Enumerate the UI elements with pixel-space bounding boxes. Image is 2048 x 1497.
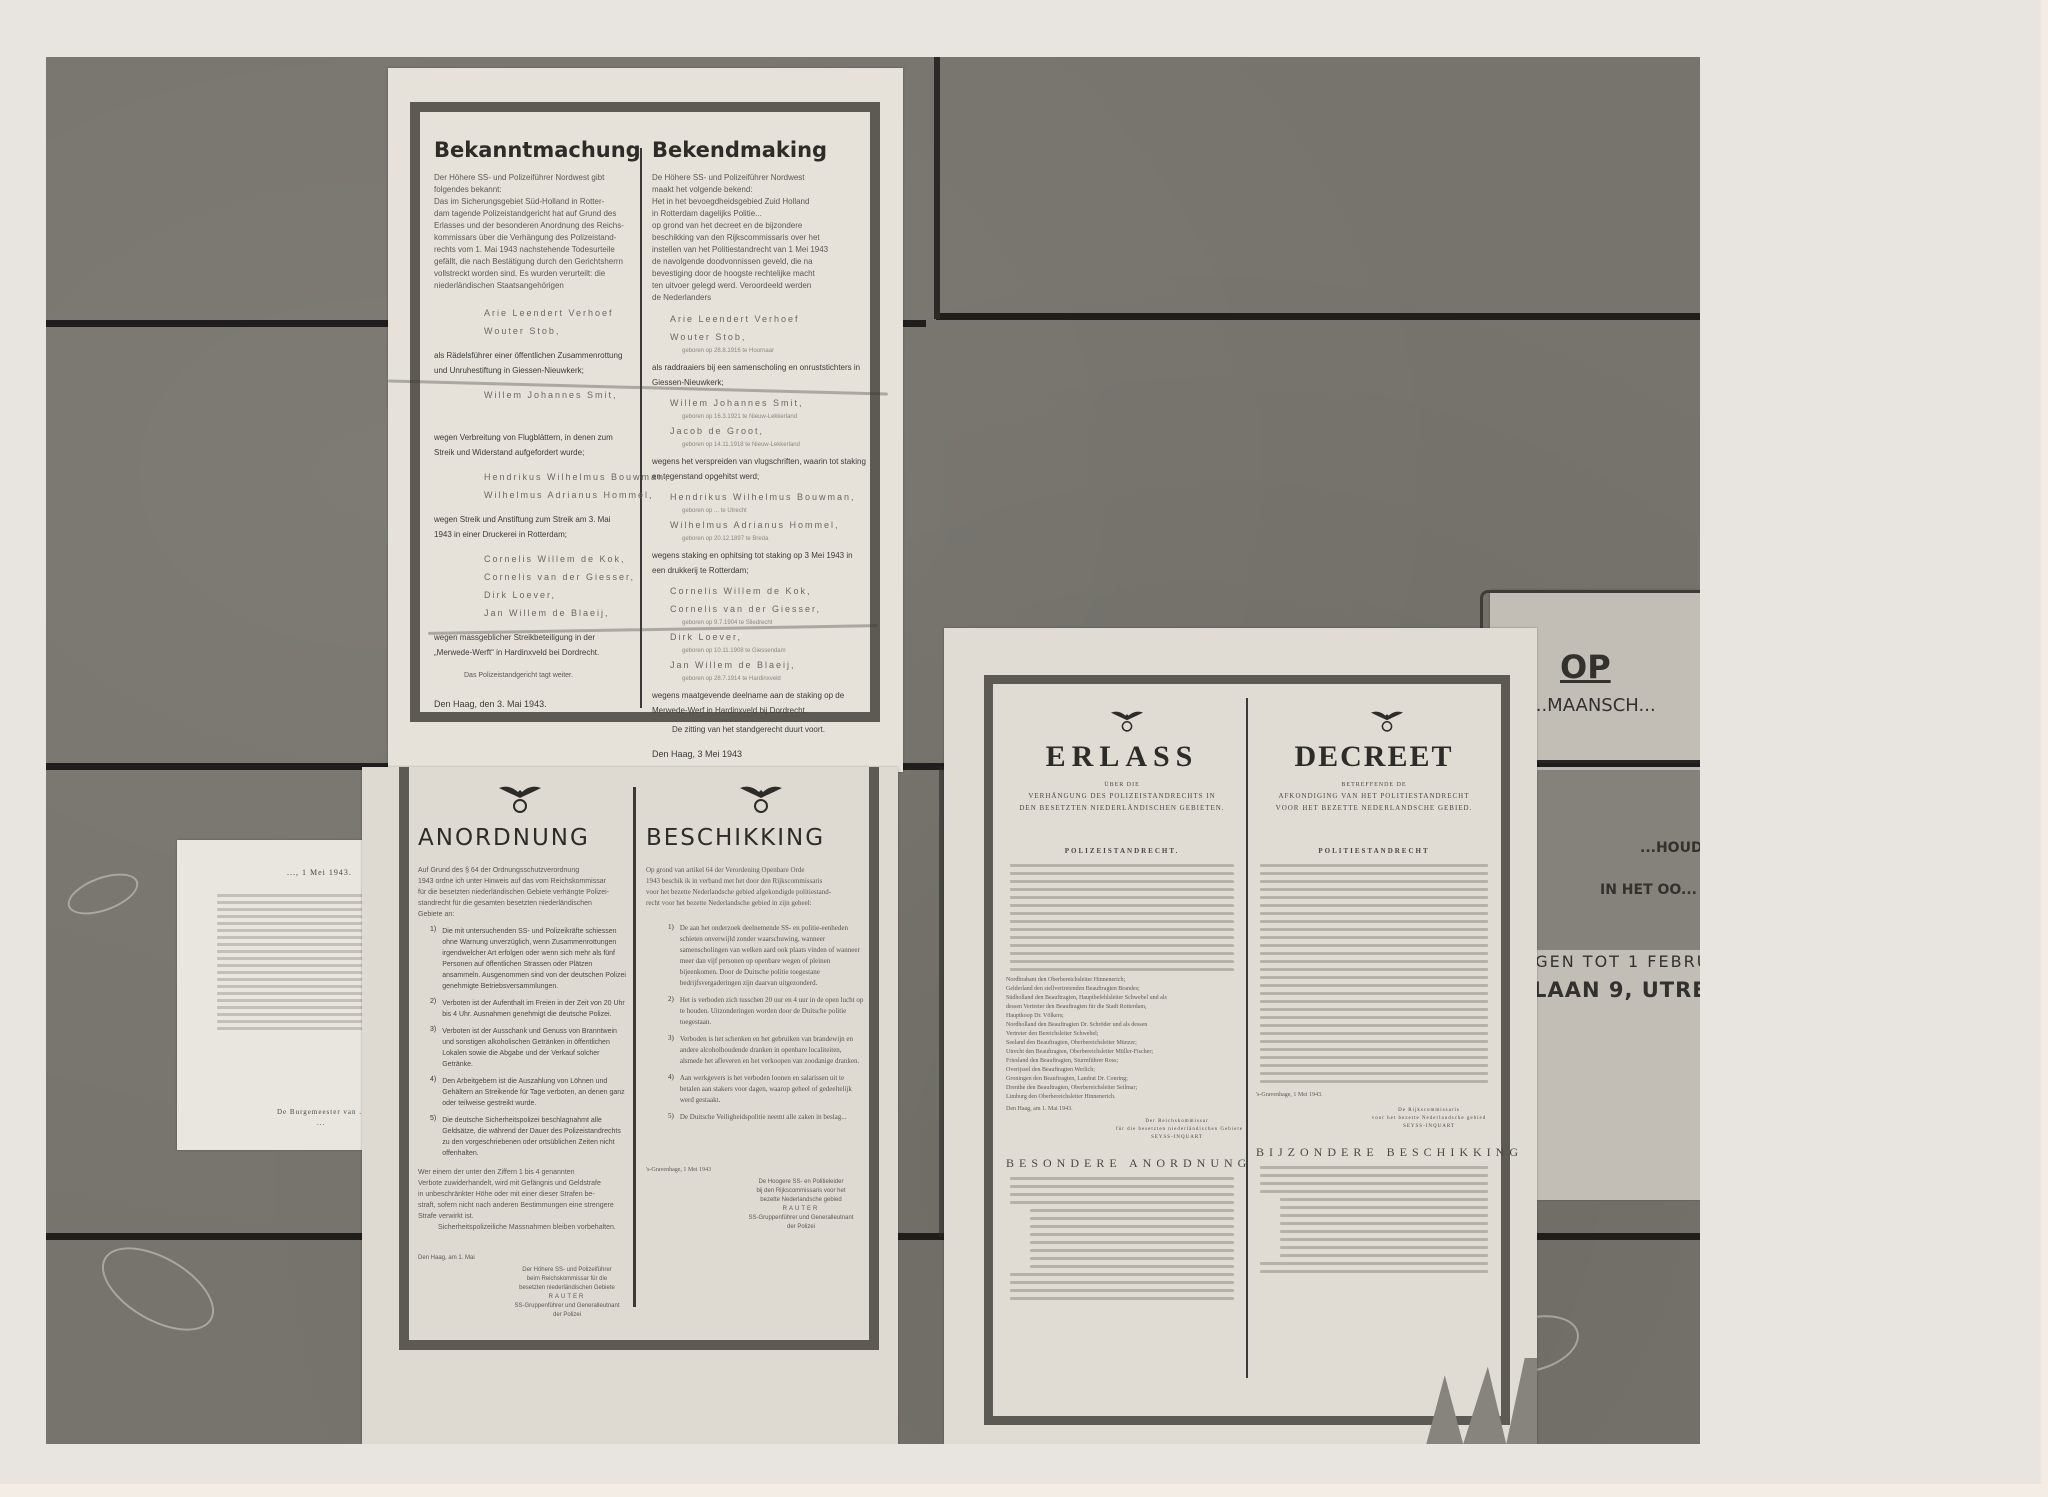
body-text: Sicherheitspolizeiliche Massnahmen bleib… xyxy=(418,1222,626,1233)
numbered-item: 5) Die deutsche Sicherheitspolizei besch… xyxy=(418,1115,626,1159)
subtitle-text: VOOR HET BEZETTE NEDERLANDSCHE GEBIED. xyxy=(1256,802,1492,814)
chalk-scribble xyxy=(88,1230,227,1347)
torn-poster-fragment: ...MAANSCH... xyxy=(1530,695,1656,716)
poster-title-german: ERLASS xyxy=(1006,740,1238,774)
section-heading: POLIZEISTANDRECHT. xyxy=(1006,844,1238,858)
list-item: Groningen den Beauftragten, Landrat Dr. … xyxy=(1006,1075,1238,1084)
body-text: recht voor het bezette Nederlandsche geb… xyxy=(646,898,866,909)
list-item: Friesland den Beauftragten, Sturmführer … xyxy=(1006,1057,1238,1066)
torn-poster-fragment: IN HET OO... xyxy=(1600,882,1697,898)
numbered-item: 5) De Duitsche Veiligheidspolitie neemt … xyxy=(646,1112,866,1123)
body-text: Strafe verwirkt ist. xyxy=(418,1211,626,1222)
numbered-item: 1) De aan het onderzoek deelnemende SS- … xyxy=(646,923,866,989)
condemned-name: Cornelis van der Giesser, xyxy=(652,600,866,618)
body-text: in unbeschränkter Höhe oder mit einer di… xyxy=(418,1189,626,1200)
condemned-name: Cornelis van der Giesser, xyxy=(434,568,630,586)
numbered-item: 4) Aan werkgevers is het verboden loonen… xyxy=(646,1073,866,1106)
torn-poster-fragment: OP xyxy=(1560,648,1611,686)
list-item: Gelderland den stellvertretenden Beauftr… xyxy=(1006,985,1238,994)
dutch-column: BESCHIKKING Op grond van artikel 64 der … xyxy=(646,825,866,1232)
condemned-name: Wouter Stob, xyxy=(652,328,866,346)
item-number: 5) xyxy=(430,1115,436,1159)
body-text-block xyxy=(1256,864,1492,1083)
signature-line: bezette Nederlandsche gebied xyxy=(736,1196,866,1205)
charge-text: wegen Verbreitung von Flugblättern, in d… xyxy=(434,430,630,460)
item-number: 3) xyxy=(430,1026,436,1070)
body-text: straft, sofern nicht nach anderen Bestim… xyxy=(418,1200,626,1211)
poster-date: Den Haag, den 3. Mai 1943. xyxy=(434,697,630,712)
signature-line: für die besetzten niederländischen Gebie… xyxy=(1116,1126,1238,1134)
body-text-block xyxy=(1006,864,1238,971)
condemned-name: Cornelis Willem de Kok, xyxy=(652,582,866,600)
subtitle-text: AFKONDIGING VAN HET POLITIESTANDRECHT xyxy=(1256,790,1492,802)
eagle-emblem-icon xyxy=(1369,708,1405,734)
charge-text: wegens maatgevende deelname aan de staki… xyxy=(652,688,866,718)
section-heading: BIJZONDERE BESCHIKKING xyxy=(1256,1145,1492,1160)
item-text: Aan werkgevers is het verboden loonen en… xyxy=(680,1073,866,1106)
body-text: bevestiging door de hoogste rechtelijke … xyxy=(652,268,866,280)
birth-info: geboren op 16.3.1921 te Nieuw-Lekkerland xyxy=(652,412,866,422)
body-text: maakt het volgende bekend: xyxy=(652,184,866,196)
condemned-name: Wouter Stob, xyxy=(434,322,630,340)
item-number: 2) xyxy=(668,995,674,1028)
item-text: Verboten ist der Aufenthalt im Freien in… xyxy=(442,998,626,1020)
subtitle-text: ÜBER DIE xyxy=(1006,780,1238,790)
item-number: 1) xyxy=(430,926,436,992)
signer-name: RAUTER xyxy=(736,1205,866,1214)
charge-text: wegens staking en ophitsing tot staking … xyxy=(652,548,866,578)
condemned-name: Dirk Loever, xyxy=(652,628,866,646)
signer-name: SEYSS-INQUART xyxy=(1366,1123,1492,1131)
poster-title-german: ANORDNUNG xyxy=(418,825,626,851)
numbered-item: 3) Verboden is het schenken en het gebru… xyxy=(646,1034,866,1067)
numbered-item: 2) Het is verboden zich tusschen 20 uur … xyxy=(646,995,866,1028)
column-divider xyxy=(640,148,642,708)
dutch-column: DECREET BETREFFENDE DE AFKONDIGING VAN H… xyxy=(1256,740,1492,1278)
condemned-name: Cornelis Willem de Kok, xyxy=(434,550,630,568)
eagle-emblem-icon xyxy=(1109,708,1145,734)
wall-seam xyxy=(936,313,1700,320)
list-item: Seeland den Beauftragten, Oberbereichsle… xyxy=(1006,1039,1238,1048)
chalk-scribble xyxy=(62,865,143,922)
closing-text: Das Polizeistandgericht tagt weiter. xyxy=(434,668,630,683)
condemned-name: Jan Willem de Blaeij, xyxy=(652,656,866,674)
signature-line: Der Höhere SS- und Polizeiführer xyxy=(508,1266,626,1275)
list-item: Nordbrabant den Oberbereichsleiter Hinne… xyxy=(1006,976,1238,985)
body-text-block xyxy=(1256,1166,1492,1273)
birth-info: geboren op 10.11.1908 te Giessendam xyxy=(652,646,866,656)
german-column: ERLASS ÜBER DIE VERHÄNGUNG DES POLIZEIST… xyxy=(1006,740,1238,1305)
poster-date: 's-Gravenhage, 1 Mei 1943 xyxy=(646,1163,866,1178)
list-item: Drenthe den Beauftragten, Oberbereichsle… xyxy=(1006,1084,1238,1093)
body-text: 1943 beschik ik in verband met het door … xyxy=(646,876,866,887)
signature-block: De Rijkscommissaris voor het bezette Ned… xyxy=(1256,1107,1492,1131)
erlass-poster: ERLASS ÜBER DIE VERHÄNGUNG DES POLIZEIST… xyxy=(944,628,1537,1444)
charge-text: wegen massgeblicher Streikbeteiligung in… xyxy=(434,630,630,660)
signer-name: RAUTER xyxy=(508,1293,626,1302)
body-text: vollstreckt worden sind. Es wurden verur… xyxy=(434,268,630,280)
list-item: Overijssel den Beauftragten Werlich; xyxy=(1006,1066,1238,1075)
body-text: Das im Sicherungsgebiet Süd-Holland in R… xyxy=(434,196,630,208)
subtitle-text: VERHÄNGUNG DES POLIZEISTANDRECHTS IN xyxy=(1006,790,1238,802)
numbered-item: 1) Die mit untersuchenden SS- und Polize… xyxy=(418,926,626,992)
body-text: ten uitvoer gelegd werd. Veroordeeld wer… xyxy=(652,280,866,292)
numbered-item: 4) Den Arbeitgebern ist die Auszahlung v… xyxy=(418,1076,626,1109)
signature-line: der Polizei xyxy=(736,1223,866,1232)
item-text: Die deutsche Sicherheitspolizei beschlag… xyxy=(442,1115,626,1159)
condemned-name: Wilhelmus Adrianus Hommel, xyxy=(434,486,630,504)
item-text: Het is verboden zich tusschen 20 uur en … xyxy=(680,995,866,1028)
body-text: in Rotterdam dagelijks Politie... xyxy=(652,208,866,220)
condemned-name: Hendrikus Wilhelmus Bouwman, xyxy=(434,468,630,486)
body-text: Op grond van artikel 64 der Verordening … xyxy=(646,865,866,876)
body-text: gefällt, die nach Bestätigung durch den … xyxy=(434,256,630,268)
condemned-name: Willem Johannes Smit, xyxy=(434,386,630,404)
signature-line: SS-Gruppenführer und Generalleutnant xyxy=(736,1214,866,1223)
item-text: Verboden is het schenken en het gebruike… xyxy=(680,1034,866,1067)
section-heading: BESONDERE ANORDNUNG xyxy=(1006,1156,1238,1171)
list-item: Utrecht den Beauftragten, Oberbereichsle… xyxy=(1006,1048,1238,1057)
item-text: De Duitsche Veiligheidspolitie neemt all… xyxy=(680,1112,847,1123)
list-item: dessen Vertreter den Beauftragten für di… xyxy=(1006,1003,1238,1012)
item-number: 5) xyxy=(668,1112,674,1123)
item-number: 3) xyxy=(668,1034,674,1067)
german-column: ANORDNUNG Auf Grund des § 64 der Ordnung… xyxy=(418,825,626,1320)
body-text: de Nederlanders xyxy=(652,292,866,304)
body-text: folgendes bekannt: xyxy=(434,184,630,196)
charge-text: wegen Streik und Anstiftung zum Streik a… xyxy=(434,512,630,542)
anordnung-poster: ANORDNUNG Auf Grund des § 64 der Ordnung… xyxy=(362,767,898,1444)
poster-date: Den Haag, 3 Mei 1943 xyxy=(652,747,866,762)
signature-line: beim Reichskommissar für die xyxy=(508,1275,626,1284)
signature-block: De Hoogere SS- en Politieleider bij den … xyxy=(646,1178,866,1232)
signature-block: Der Höhere SS- und Polizeiführer beim Re… xyxy=(418,1266,626,1320)
torn-poster-fragment: ...HOUDS... xyxy=(1640,840,1700,856)
eagle-emblem-icon xyxy=(738,782,784,816)
birth-info: geboren op 28.7.1914 te Hardinxveld xyxy=(652,674,866,684)
birth-info: geboren op 20.12.1897 te Breda xyxy=(652,534,866,544)
eagle-emblem-icon xyxy=(497,782,543,816)
list-item: Vertreter den Bereichsleiter Schwebel; xyxy=(1006,1030,1238,1039)
signature-line: voor het bezette Nederlandsche gebied xyxy=(1366,1115,1492,1123)
section-heading: POLITIESTANDRECHT xyxy=(1256,844,1492,858)
body-text-block xyxy=(1006,1177,1238,1300)
numbered-item: 3) Verboten ist der Ausschank und Genuss… xyxy=(418,1026,626,1070)
column-divider xyxy=(1246,698,1248,1378)
signature-line: De Rijkscommissaris xyxy=(1366,1107,1492,1115)
body-text: voor het bezette Nederlandsche gebied af… xyxy=(646,887,866,898)
poster-date: Den Haag, am 1. Mai xyxy=(418,1251,626,1266)
body-text: für die besetzten niederländischen Gebie… xyxy=(418,887,626,898)
signature-block: Der Reichskommissar für die besetzten ni… xyxy=(1006,1118,1238,1142)
wall-seam xyxy=(934,57,940,319)
signature-line: De Hoogere SS- en Politieleider xyxy=(736,1178,866,1187)
poster-date: 's-Gravenhage, 1 Mei 1943. xyxy=(1256,1088,1492,1103)
poster-title-dutch: BESCHIKKING xyxy=(646,825,866,851)
condemned-name: Dirk Loever, xyxy=(434,586,630,604)
poster-title-german: Bekanntmachung xyxy=(434,138,630,162)
column-divider xyxy=(633,787,636,1307)
signature-line: der Polizei xyxy=(508,1311,626,1320)
body-text: niederländischen Staatsangehörigen xyxy=(434,280,630,292)
body-text: kommissars über die Verhängung des Poliz… xyxy=(434,232,630,244)
body-text: dam tagende Polizeistandgericht hat auf … xyxy=(434,208,630,220)
subtitle-text: BETREFFENDE DE xyxy=(1256,780,1492,790)
small-notice-heading: ..., 1 Mei 1943. xyxy=(287,866,352,880)
bekanntmachung-poster: Bekanntmachung Der Höhere SS- und Polize… xyxy=(388,68,903,772)
body-text: Het in het bevoegdheidsgebied Zuid Holla… xyxy=(652,196,866,208)
body-text: op grond van het decreet en de bijzonder… xyxy=(652,220,866,232)
item-number: 4) xyxy=(668,1073,674,1106)
condemned-name: Arie Leendert Verhoef xyxy=(652,310,866,328)
charge-text: als raddraaiers bij een samenscholing en… xyxy=(652,360,866,390)
list-item: Hauptkoop Dr. Völkers; xyxy=(1006,1012,1238,1021)
signature-line: besetzten niederländischen Gebiete xyxy=(508,1284,626,1293)
dutch-column: Bekendmaking De Höhere SS- und Polizeifü… xyxy=(652,138,866,762)
signer-name: SEYSS-INQUART xyxy=(1116,1134,1238,1142)
body-text: instellen van het Politiestandrecht van … xyxy=(652,244,866,256)
poster-date: Den Haag, am 1. Mai 1943. xyxy=(1006,1105,1238,1114)
signature-line: Der Reichskommissar xyxy=(1116,1118,1238,1126)
photograph: OP ...MAANSCH... ...HOUDS... IN HET OO..… xyxy=(46,57,1700,1444)
birth-info: geboren op ... te Utrecht xyxy=(652,506,866,516)
list-item: Limburg den Oberbereichsleiter Hinneneri… xyxy=(1006,1093,1238,1102)
birth-info: geboren op 14.11.1918 te Nieuw-Lekkerlan… xyxy=(652,440,866,450)
item-text: Den Arbeitgebern ist die Auszahlung von … xyxy=(442,1076,626,1109)
body-text: Gebiete an: xyxy=(418,909,626,920)
sonderbeauftragte-list: Nordbrabant den Oberbereichsleiter Hinne… xyxy=(1006,976,1238,1114)
item-text: Die mit untersuchenden SS- und Polizeikr… xyxy=(442,926,626,992)
body-text: Verbote zuwiderhandelt, wird mit Gefängn… xyxy=(418,1178,626,1189)
body-text: rechts vom 1. Mai 1943 nachstehende Tode… xyxy=(434,244,630,256)
body-text: Auf Grund des § 64 der Ordnungsschutzver… xyxy=(418,865,626,876)
item-number: 4) xyxy=(430,1076,436,1109)
list-item: Südholland den Beauftragten, Hauptbefehl… xyxy=(1006,994,1238,1003)
body-text: Erlasses und der besonderen Anordnung de… xyxy=(434,220,630,232)
numbered-item: 2) Verboten ist der Aufenthalt im Freien… xyxy=(418,998,626,1020)
poster-title-dutch: DECREET xyxy=(1256,740,1492,774)
item-text: Verboten ist der Ausschank und Genuss vo… xyxy=(442,1026,626,1070)
list-item: Nordholland den Beauftragten Dr. Schröde… xyxy=(1006,1021,1238,1030)
item-number: 1) xyxy=(668,923,674,989)
subtitle-text: DEN BESETZTEN NIEDERLÄNDISCHEN GEBIETEN. xyxy=(1006,802,1238,814)
body-text: 1943 ordne ich unter Hinweis auf das vom… xyxy=(418,876,626,887)
condemned-name: Arie Leendert Verhoef xyxy=(434,304,630,322)
body-text: Der Höhere SS- und Polizeiführer Nordwes… xyxy=(434,172,630,184)
charge-text: wegens het verspreiden van vlugschriften… xyxy=(652,454,866,484)
condemned-name: Jan Willem de Blaeij, xyxy=(434,604,630,622)
item-text: De aan het onderzoek deelnemende SS- en … xyxy=(680,923,866,989)
closing-text: De zitting van het standgerecht duurt vo… xyxy=(652,722,866,737)
body-text: standrecht für die gesamten besetzten ni… xyxy=(418,898,626,909)
body-text: De Höhere SS- und Polizeiführer Nordwest xyxy=(652,172,866,184)
condemned-name: Wilhelmus Adrianus Hommel, xyxy=(652,516,866,534)
birth-info: geboren op 28.8.1916 te Hoornaar xyxy=(652,346,866,356)
poster-title-dutch: Bekendmaking xyxy=(652,138,866,162)
body-text: de navolgende doodvonnissen geveld, die … xyxy=(652,256,866,268)
german-column: Bekanntmachung Der Höhere SS- und Polize… xyxy=(434,138,630,712)
condemned-name: Hendrikus Wilhelmus Bouwman, xyxy=(652,488,866,506)
item-number: 2) xyxy=(430,998,436,1020)
body-text: Wer einem der unter den Ziffern 1 bis 4 … xyxy=(418,1167,626,1178)
condemned-name: Willem Johannes Smit, xyxy=(652,394,866,412)
signature-line: bij den Rijkscommissaris voor het xyxy=(736,1187,866,1196)
condemned-name: Jacob de Groot, xyxy=(652,422,866,440)
signature-line: SS-Gruppenführer und Generalleutnant xyxy=(508,1302,626,1311)
body-text: beschikking van den Rijkscommissaris ove… xyxy=(652,232,866,244)
charge-text: als Rädelsführer einer öffentlichen Zusa… xyxy=(434,348,630,378)
small-notice-signature: ... xyxy=(317,1116,325,1130)
